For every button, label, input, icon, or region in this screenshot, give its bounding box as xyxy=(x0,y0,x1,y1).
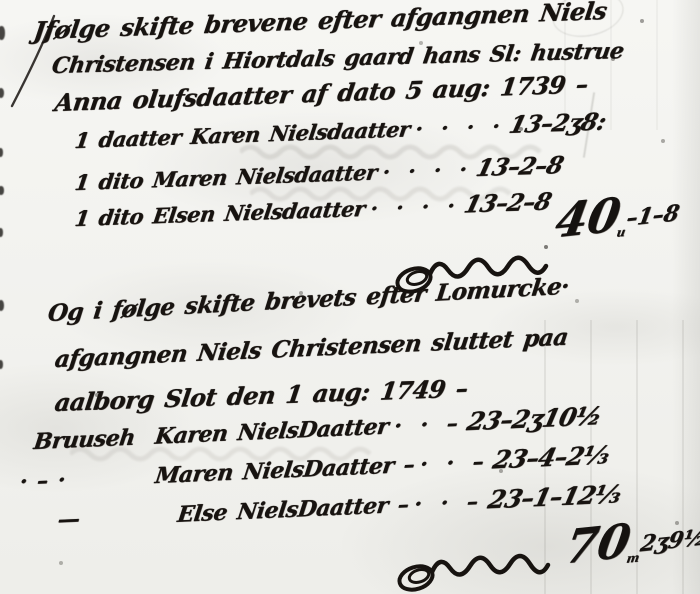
dotted-leader: · · – xyxy=(413,488,484,517)
row-amount: 23–1–12⅓ xyxy=(485,479,624,514)
total-rigsdaler: 70 xyxy=(561,513,634,575)
total-minor-units: 2ʒ9½ xyxy=(638,524,700,558)
section-total: 40u–1–8 xyxy=(552,184,684,246)
dotted-leader: · · – xyxy=(392,410,463,439)
dotted-leader: · · · · xyxy=(381,156,473,184)
row-amount: 13–2–8 xyxy=(474,151,567,182)
scan-edge-mark xyxy=(0,300,4,311)
manuscript-page: Jfølge skifte brevene efter afgangnen Ni… xyxy=(0,0,700,594)
scan-edge-mark xyxy=(0,148,3,157)
text-line: Og i følge skifte brevets efter Lomurcke… xyxy=(46,273,570,328)
currency-mark: m xyxy=(625,550,639,566)
dotted-leader: · · – xyxy=(418,448,489,477)
ditto-mark: · – · xyxy=(18,467,67,495)
total-rigsdaler: 40 xyxy=(551,187,624,249)
row-amount: 13–2–8 xyxy=(461,187,554,218)
scan-edge-mark xyxy=(0,186,4,195)
row-prefix: Bruuseh xyxy=(32,425,136,456)
total-minor-units: –1–8 xyxy=(624,200,681,232)
dotted-leader: · · · · xyxy=(369,193,461,221)
scan-edge-mark xyxy=(0,228,3,237)
dotted-leader: · · · · xyxy=(414,113,506,141)
row-amount: 23–4–2⅓ xyxy=(490,440,612,474)
heir-name: 1 dito Elsen Nielsdaatter xyxy=(73,196,366,231)
summa-flourish-icon xyxy=(392,546,572,594)
row-amount: 23–2ʒ10½ xyxy=(465,401,605,436)
scan-edge-mark xyxy=(0,360,3,369)
text-line: afgangnen Niels Christensen sluttet paa xyxy=(53,324,569,374)
ditto-mark: — xyxy=(56,506,81,533)
heir-name: Else NielsDaatter – xyxy=(176,492,410,528)
row-amount: 13–2ʒ8: xyxy=(506,107,609,139)
